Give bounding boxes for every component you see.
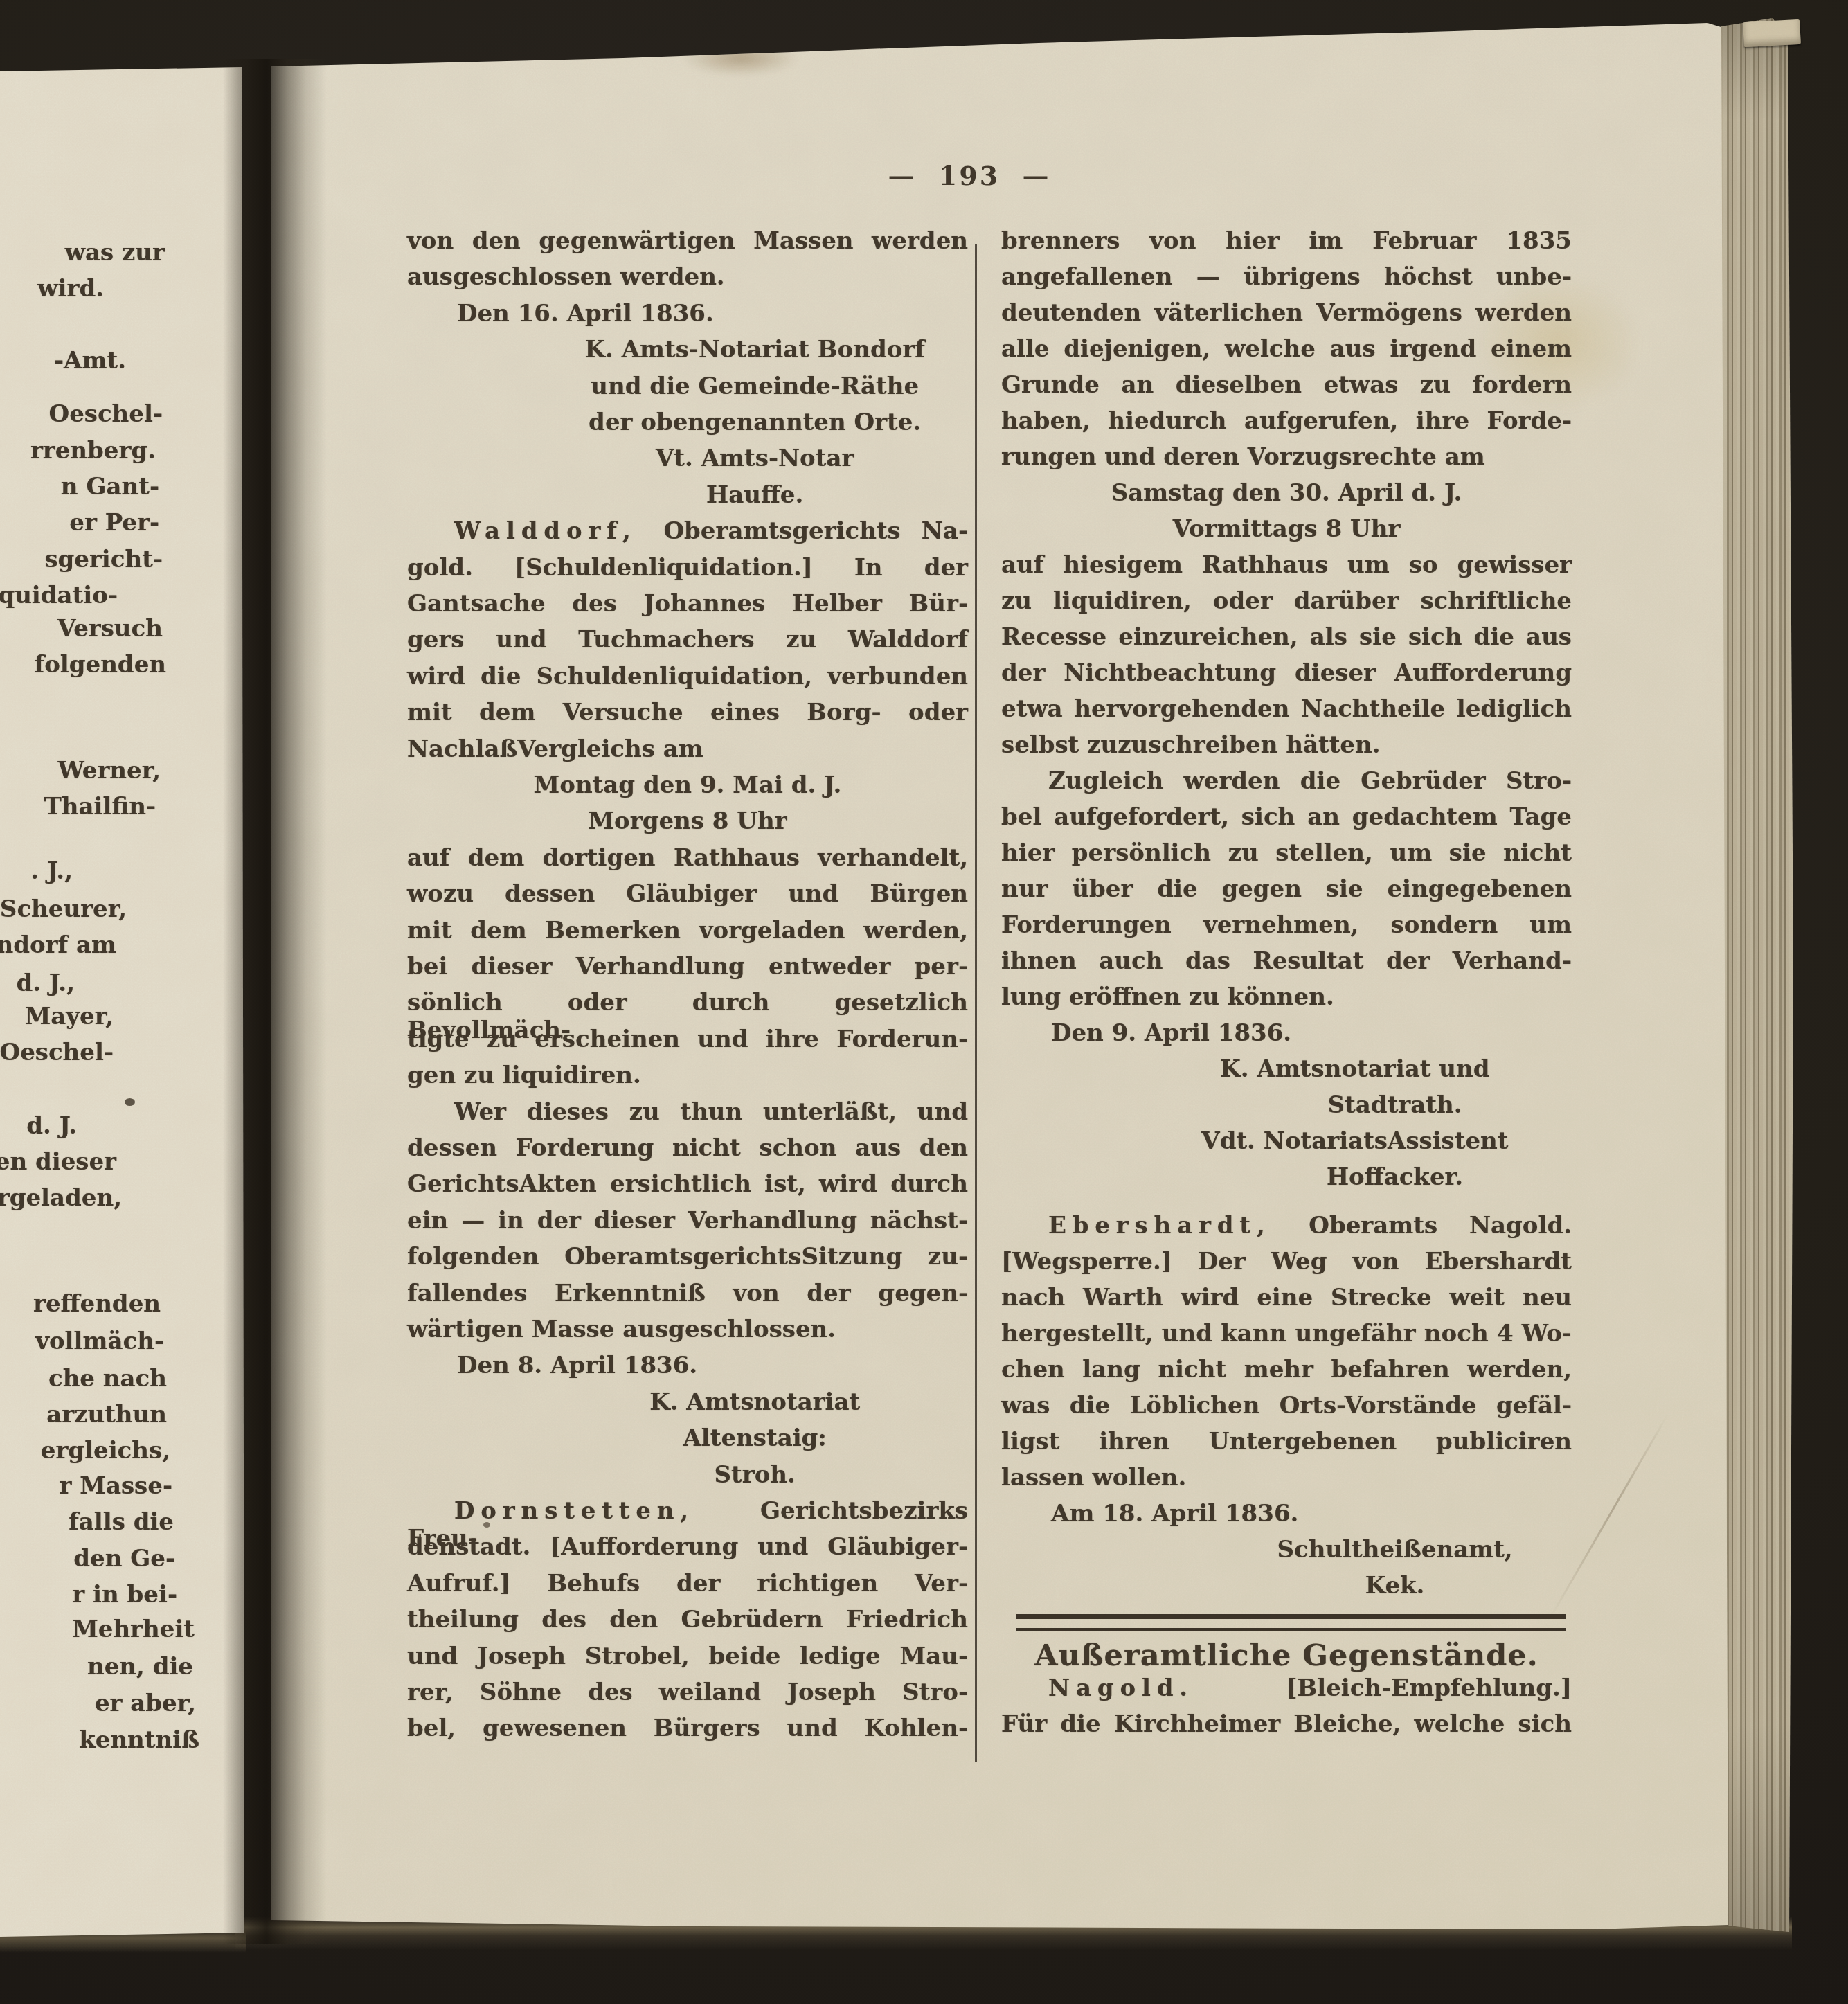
left-page-fragment: en dieser <box>0 1148 116 1186</box>
left-page-fragment: reffenden <box>33 1290 161 1327</box>
text-line: Den 9. April 1836. <box>1001 1019 1572 1057</box>
text-line: tigte zu erscheinen und ihre Forderun- <box>407 1026 968 1063</box>
text-line: deutenden väterlichen Vermögens werden <box>1001 299 1572 337</box>
left-page-fragment: d. J. <box>26 1112 77 1149</box>
text-line: K. Amtsnotariat und <box>1001 1055 1572 1093</box>
book-scan: was zurwird.-Amt.Oeschel-rrenberg.n Gant… <box>0 0 1848 2004</box>
text-line: Altenstaig: <box>407 1424 968 1462</box>
left-page-fragment: Oeschel- <box>49 400 163 438</box>
text-line: brenners von hier im Februar 1835 <box>1001 227 1572 265</box>
text-line: gold. [Schuldenliquidation.] In der <box>407 554 968 591</box>
text-line: sönlich oder durch gesetzlich Bevollmäch… <box>407 989 968 1026</box>
text-line: Für die Kirchheimer Bleiche, welche sich <box>1001 1710 1572 1748</box>
text-line: ausgeschlossen werden. <box>407 263 968 301</box>
text-line: auf dem dortigen Rathhaus verhandelt, <box>407 844 968 882</box>
text-line: alle diejenigen, welche aus irgend einem <box>1001 335 1572 373</box>
text-line: der obengenannten Orte. <box>407 409 968 446</box>
text-line: rungen und deren Vorzugsrechte am <box>1001 443 1572 481</box>
left-page-fragment: ndorf am <box>0 931 116 969</box>
left-page-fragment: sgericht- <box>44 546 163 583</box>
text-line: chen lang nicht mehr befahren werden, <box>1001 1356 1572 1393</box>
text-line: was die Löblichen Orts-Vorstände gefäl- <box>1001 1392 1572 1429</box>
text-line: rer, Söhne des weiland Joseph Stro- <box>407 1679 968 1716</box>
text-line: wärtigen Masse ausgeschlossen. <box>407 1316 968 1353</box>
left-page-fragment: Scheurer, <box>0 895 127 933</box>
text-line: selbst zuzuschreiben hätten. <box>1001 731 1572 769</box>
text-line: Vormittags 8 Uhr <box>1001 515 1572 553</box>
text-line: ihnen auch das Resultat der Verhand- <box>1001 947 1572 985</box>
left-page-fragment: er Per- <box>69 509 159 546</box>
text-line: [Wegsperre.] Der Weg von Ebershardt <box>1001 1248 1572 1285</box>
text-line: Den 8. April 1836. <box>407 1352 968 1389</box>
text-line: zu liquidiren, oder darüber schriftliche <box>1001 587 1572 625</box>
left-text-column: von den gegenwärtigen Massen werdenausge… <box>407 0 968 2004</box>
text-line: Vdt. NotariatsAssistent <box>1001 1127 1572 1165</box>
text-line: Forderungen vernehmen, sondern um <box>1001 911 1572 949</box>
text-line: von den gegenwärtigen Massen werden <box>407 227 968 265</box>
text-line: bel aufgefordert, sich an gedachtem Tage <box>1001 803 1572 841</box>
text-line: theilung des den Gebrüdern Friedrich <box>407 1606 968 1643</box>
left-page-fragment: den Ge- <box>73 1545 175 1582</box>
text-line: lung eröffnen zu können. <box>1001 983 1572 1021</box>
left-page-fragment: Mayer, <box>25 1003 114 1040</box>
text-line: Nagold. [Bleich-Empfehlung.] <box>1001 1674 1572 1712</box>
left-page-fragment: arzuthun <box>46 1401 167 1438</box>
left-page-fragment: Werner, <box>57 757 161 794</box>
text-line: Stroh. <box>407 1461 968 1498</box>
text-line: nur über die gegen sie eingegebenen <box>1001 875 1572 913</box>
left-page-fragment: n Gant- <box>61 473 159 510</box>
text-line: etwa hervorgehenden Nachtheile lediglich <box>1001 695 1572 733</box>
spaced-place-name: Dornstetten, <box>454 1497 760 1525</box>
text-line: Walddorf, Oberamtsgerichts Na- <box>407 517 968 555</box>
left-page-fragment: r Masse- <box>60 1472 172 1510</box>
text-line: hergestellt, und kann ungefähr noch 4 Wo… <box>1001 1320 1572 1357</box>
text-line: nach Warth wird eine Strecke weit neu <box>1001 1284 1572 1321</box>
column-divider-rule <box>975 244 977 1762</box>
text-line: Außeramtliche Gegenstände. <box>1001 1638 1572 1676</box>
text-line: Kek. <box>1001 1572 1572 1609</box>
right-text-column: brenners von hier im Februar 1835angefal… <box>1001 0 1572 2004</box>
left-page-fragment: wird. <box>37 275 104 312</box>
text-line: Morgens 8 Uhr <box>407 807 968 845</box>
double-rule-separator <box>1016 1614 1566 1634</box>
book-gutter-shadow <box>223 59 327 1944</box>
text-line: ligst ihren Untergebenen publiciren <box>1001 1428 1572 1465</box>
spaced-place-name: Nagold. <box>1048 1674 1286 1702</box>
spaced-place-name: Ebershardt, <box>1048 1212 1309 1240</box>
line-rest: Oberamtsgerichts Na- <box>663 517 968 545</box>
text-line: Ebershardt, Oberamts Nagold. <box>1001 1212 1572 1249</box>
text-line: Gantsache des Johannes Helber Bür- <box>407 590 968 627</box>
text-line: Hoffacker. <box>1001 1163 1572 1201</box>
text-line: bel, gewesenen Bürgers und Kohlen- <box>407 1715 968 1752</box>
text-line: auf hiesigem Rathhaus um so gewisser <box>1001 551 1572 589</box>
spaced-place-name: Walddorf, <box>454 517 663 545</box>
left-page-fragment: quidatio- <box>0 582 118 619</box>
text-line: gers und Tuchmachers zu Walddorf <box>407 626 968 663</box>
text-line: K. Amtsnotariat <box>407 1388 968 1426</box>
left-page-fragment: rrenberg. <box>30 437 156 474</box>
left-page-fragment: vollmäch- <box>35 1327 164 1365</box>
left-page-fragment: rgeladen, <box>0 1184 122 1222</box>
text-line: Schultheißenamt, <box>1001 1536 1572 1573</box>
left-page-fragment: ergleichs, <box>41 1437 170 1474</box>
left-page-fragment: er aber, <box>95 1690 196 1727</box>
line-rest: Oberamts Nagold. <box>1309 1212 1572 1240</box>
text-line: lassen wollen. <box>1001 1464 1572 1501</box>
text-line: angefallenen — übrigens höchst unbe- <box>1001 263 1572 301</box>
left-page-fragment: Oeschel- <box>0 1039 114 1076</box>
left-page-fragment: -Amt. <box>54 347 126 384</box>
left-page-fragment: che nach <box>48 1365 167 1402</box>
left-page-fragment: Mehrheit <box>72 1616 195 1653</box>
torn-page-corner <box>1743 19 1801 47</box>
text-line: mit dem Versuche eines Borg- oder <box>407 699 968 736</box>
text-line: Zugleich werden die Gebrüder Stro- <box>1001 767 1572 805</box>
text-line: Montag den 9. Mai d. J. <box>407 771 968 809</box>
text-line: GerichtsAkten ersichtlich ist, wird durc… <box>407 1170 968 1208</box>
left-page-fragment: nen, die <box>87 1653 193 1690</box>
text-line: Den 16. April 1836. <box>407 300 968 337</box>
line-rest: [Bleich-Empfehlung.] <box>1286 1674 1572 1702</box>
left-page-fragment: was zur <box>65 239 165 276</box>
text-line: Dornstetten, Gerichtsbezirks Freu- <box>407 1497 968 1535</box>
text-line: und Joseph Strobel, beide ledige Mau- <box>407 1643 968 1680</box>
text-line: ein — in der dieser Verhandlung nächst- <box>407 1207 968 1244</box>
text-line: NachlaßVergleichs am <box>407 735 968 773</box>
text-line: fallendes Erkenntniß von der gegen- <box>407 1280 968 1317</box>
previous-page-text-fragments: was zurwird.-Amt.Oeschel-rrenberg.n Gant… <box>0 0 208 2004</box>
text-line: Wer dieses zu thun unterläßt, und <box>407 1098 968 1136</box>
text-line: haben, hiedurch aufgerufen, ihre Forde- <box>1001 407 1572 445</box>
left-page-fragment: . J., <box>30 857 73 895</box>
text-line: der Nichtbeachtung dieser Aufforderung <box>1001 659 1572 697</box>
text-line: und die Gemeinde-Räthe <box>407 373 968 410</box>
left-page-fragment: kenntniß <box>79 1726 199 1764</box>
text-line: gen zu liquidiren. <box>407 1062 968 1099</box>
text-line: wird die Schuldenliquidation, verbunden <box>407 663 968 700</box>
text-line: Am 18. April 1836. <box>1001 1500 1572 1537</box>
left-page-fragment: folgenden <box>35 651 166 688</box>
paper-speck <box>125 1098 135 1106</box>
text-line: hier persönlich zu stellen, um sie nicht <box>1001 839 1572 877</box>
text-line: mit dem Bemerken vorgeladen werden, <box>407 917 968 954</box>
text-line: folgenden OberamtsgerichtsSitzung zu- <box>407 1243 968 1280</box>
text-line: Samstag den 30. April d. J. <box>1001 479 1572 517</box>
text-line: K. Amts-Notariat Bondorf <box>407 336 968 373</box>
text-line: denstadt. [Aufforderung und Gläubiger- <box>407 1533 968 1571</box>
text-line: wozu dessen Gläubiger und Bürgen <box>407 880 968 918</box>
text-line: Stadtrath. <box>1001 1091 1572 1129</box>
text-line: Recesse einzureichen, als sie sich die a… <box>1001 623 1572 661</box>
text-line: Aufruf.] Behufs der richtigen Ver- <box>407 1570 968 1607</box>
left-page-fragment: falls die <box>69 1508 174 1546</box>
text-line: Grunde an dieselben etwas zu fordern <box>1001 371 1572 409</box>
left-page-fragment: Versuch <box>57 615 163 652</box>
text-line: bei dieser Verhandlung entweder per- <box>407 953 968 990</box>
left-page-fragment: r in bei- <box>72 1581 177 1618</box>
text-line: Vt. Amts-Notar <box>407 445 968 482</box>
text-line: dessen Forderung nicht schon aus den <box>407 1134 968 1172</box>
left-page-fragment: d. J., <box>16 969 75 1007</box>
left-page-fragment: Thailfin- <box>44 793 156 830</box>
text-line: Hauffe. <box>407 481 968 519</box>
